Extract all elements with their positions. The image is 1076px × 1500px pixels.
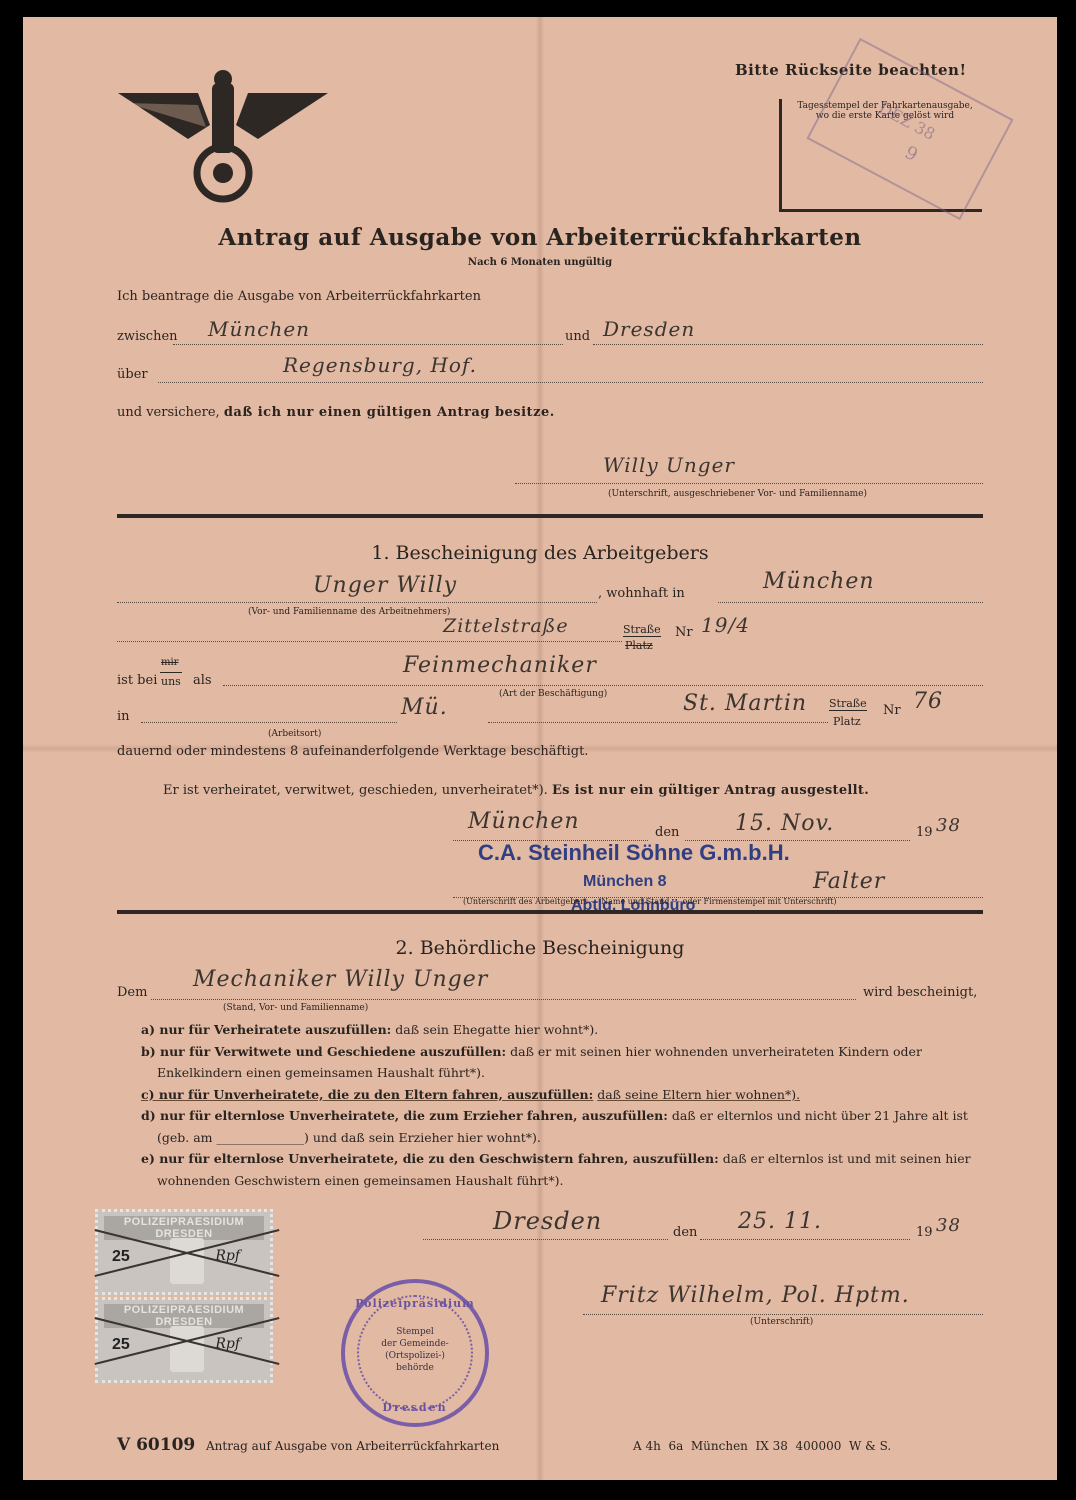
authority-year-field[interactable]: 38 xyxy=(936,1215,961,1236)
via-field[interactable]: Regensburg, Hof. xyxy=(283,353,477,377)
assurance-text: und versichere, daß ich nur einen gültig… xyxy=(117,405,555,420)
police-seal: Polizeipräsidium Stempel der Gemeinde- (… xyxy=(341,1279,489,1427)
section2-heading: 2. Behördliche Bescheinigung xyxy=(23,937,1057,959)
condition-c: c) nur für Unverheiratete, die zu den El… xyxy=(141,1084,981,1106)
form-subtitle: Nach 6 Monaten ungültig xyxy=(23,257,1057,268)
stamp-emblem-icon xyxy=(170,1326,204,1372)
street-field[interactable]: Zittelstraße xyxy=(443,615,569,637)
company-stamp-name: C.A. Steinheil Söhne G.m.b.H. xyxy=(478,840,790,866)
between-field[interactable]: München xyxy=(208,317,310,341)
employer-year-field[interactable]: 38 xyxy=(936,815,961,836)
form-title: Antrag auf Ausgabe von Arbeiterrückfahrk… xyxy=(23,224,1057,251)
certification-conditions: a) nur für Verheiratete auszufüllen: daß… xyxy=(141,1019,981,1191)
via-label: über xyxy=(117,367,148,382)
section1-heading: 1. Bescheinigung des Arbeitgebers xyxy=(23,542,1057,564)
certified-person-field[interactable]: Mechaniker Willy Unger xyxy=(193,967,488,992)
signature-caption: (Unterschrift, ausgeschriebener Vor- und… xyxy=(608,489,867,499)
employee-name-field[interactable]: Unger Willy xyxy=(313,573,457,598)
street-number-field[interactable]: 19/4 xyxy=(701,613,750,637)
company-stamp-city: München 8 xyxy=(583,873,667,891)
condition-d: d) nur für elternlose Unverheiratete, di… xyxy=(141,1105,981,1148)
duration-text: dauernd oder mindestens 8 aufeinanderfol… xyxy=(117,744,588,759)
document-page: Bitte Rückseite beachten! Tagesstempel d… xyxy=(23,17,1057,1480)
employer-date-field[interactable]: 15. Nov. xyxy=(735,811,834,836)
stamp-emblem-icon xyxy=(170,1238,204,1284)
print-info: A 4h 6a München IX 38 400000 W & S. xyxy=(633,1439,891,1453)
employer-signature[interactable]: Falter xyxy=(813,869,885,894)
marital-status-text: Er ist verheiratet, verwitwet, geschiede… xyxy=(163,783,869,798)
condition-b: b) nur für Verwitwete und Geschiedene au… xyxy=(141,1041,981,1084)
occupation-field[interactable]: Feinmechaniker xyxy=(403,653,597,678)
state-emblem-eagle-icon xyxy=(118,65,328,205)
footer-form-title: Antrag auf Ausgabe von Arbeiterrückfahrk… xyxy=(206,1439,499,1453)
residence-label: , wohnhaft in xyxy=(598,586,685,601)
work-number-field[interactable]: 76 xyxy=(913,689,943,714)
official-signature[interactable]: Fritz Wilhelm, Pol. Hptm. xyxy=(601,1283,910,1308)
form-number: V 60109 xyxy=(117,1435,195,1455)
work-street-field[interactable]: St. Martin xyxy=(683,691,807,716)
authority-date-field[interactable]: 25. 11. xyxy=(738,1209,822,1234)
workplace-field[interactable]: Mü. xyxy=(401,695,448,720)
applicant-signature[interactable]: Willy Unger xyxy=(603,453,735,477)
condition-a: a) nur für Verheiratete auszufüllen: daß… xyxy=(141,1019,981,1041)
employer-place-field[interactable]: München xyxy=(468,809,580,834)
and-label: und xyxy=(565,329,590,344)
condition-e: e) nur für elternlose Unverheiratete, di… xyxy=(141,1148,981,1191)
fee-stamp: POLIZEIPRAESIDIUM DRESDEN 25 Rpf xyxy=(95,1209,273,1295)
employee-name-caption: (Vor- und Familienname des Arbeitnehmers… xyxy=(248,607,450,617)
application-intro: Ich beantrage die Ausgabe von Arbeiterrü… xyxy=(117,289,481,304)
section-divider xyxy=(117,910,983,914)
section-divider xyxy=(117,514,983,518)
between-label: zwischen xyxy=(117,329,178,344)
authority-place-field[interactable]: Dresden xyxy=(493,1207,602,1235)
residence-field[interactable]: München xyxy=(763,569,875,594)
fee-stamp: POLIZEIPRAESIDIUM DRESDEN 25 Rpf xyxy=(95,1297,273,1383)
and-field[interactable]: Dresden xyxy=(603,317,695,341)
